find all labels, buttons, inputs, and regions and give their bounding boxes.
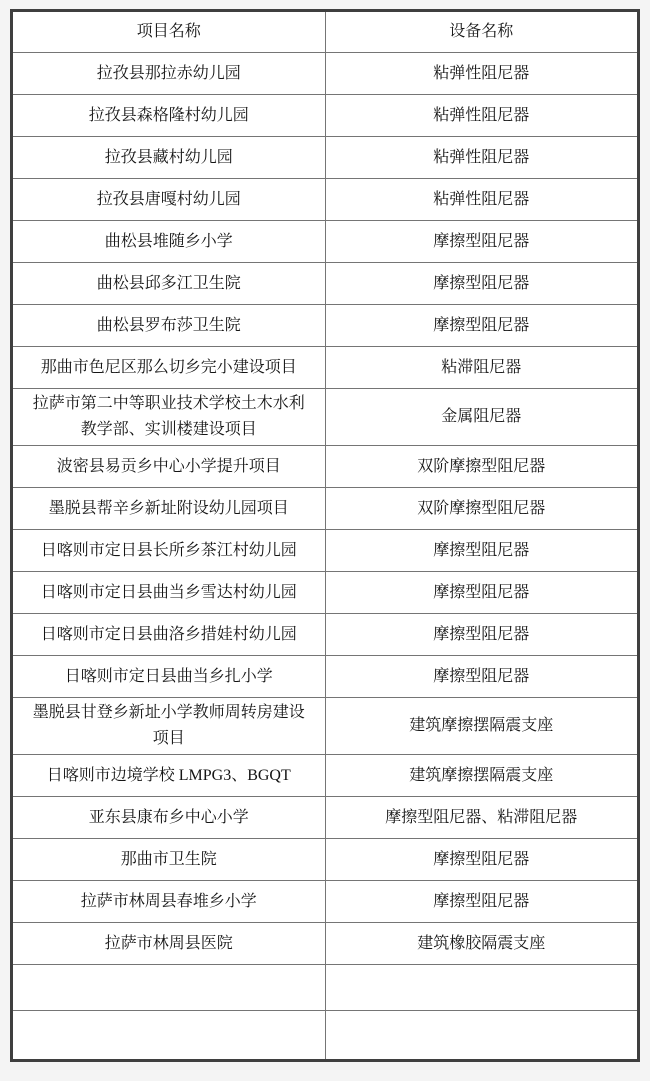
- device-name-cell: 摩擦型阻尼器: [325, 530, 639, 572]
- project-name-cell: 拉孜县森格隆村幼儿园: [12, 95, 326, 137]
- table-row: 曲松县堆随乡小学摩擦型阻尼器: [12, 221, 639, 263]
- device-name-cell: 摩擦型阻尼器: [325, 572, 639, 614]
- project-name-cell: 墨脱县甘登乡新址小学教师周转房建设项目: [12, 698, 326, 755]
- table-row: 墨脱县甘登乡新址小学教师周转房建设项目建筑摩擦摆隔震支座: [12, 698, 639, 755]
- device-name-cell: 粘滞阻尼器: [325, 347, 639, 389]
- project-name-cell: 拉孜县藏村幼儿园: [12, 137, 326, 179]
- device-name-cell: 粘弹性阻尼器: [325, 137, 639, 179]
- table-row: 墨脱县帮辛乡新址附设幼儿园项目双阶摩擦型阻尼器: [12, 488, 639, 530]
- device-name-cell: 摩擦型阻尼器: [325, 614, 639, 656]
- table-row: 拉萨市林周县医院建筑橡胶隔震支座: [12, 923, 639, 965]
- device-name-cell: 金属阻尼器: [325, 389, 639, 446]
- project-name-cell: 日喀则市边境学校 LMPG3、BGQT: [12, 755, 326, 797]
- table-row: 日喀则市定日县长所乡茶江村幼儿园摩擦型阻尼器: [12, 530, 639, 572]
- project-name-cell: 拉孜县那拉赤幼儿园: [12, 53, 326, 95]
- device-name-cell: 双阶摩擦型阻尼器: [325, 446, 639, 488]
- table-row: [12, 965, 639, 1011]
- table-row: 日喀则市定日县曲洛乡措娃村幼儿园摩擦型阻尼器: [12, 614, 639, 656]
- table-body: 拉孜县那拉赤幼儿园粘弹性阻尼器拉孜县森格隆村幼儿园粘弹性阻尼器拉孜县藏村幼儿园粘…: [12, 53, 639, 1061]
- device-name-cell: 建筑橡胶隔震支座: [325, 923, 639, 965]
- project-name-cell: 曲松县邱多江卫生院: [12, 263, 326, 305]
- project-name-cell: 拉萨市林周县春堆乡小学: [12, 881, 326, 923]
- table-row: 拉孜县森格隆村幼儿园粘弹性阻尼器: [12, 95, 639, 137]
- device-name-cell: 双阶摩擦型阻尼器: [325, 488, 639, 530]
- project-name-cell: 日喀则市定日县曲洛乡措娃村幼儿园: [12, 614, 326, 656]
- table-row: 那曲市卫生院摩擦型阻尼器: [12, 839, 639, 881]
- device-name-cell: 粘弹性阻尼器: [325, 95, 639, 137]
- project-name-cell: 曲松县罗布莎卫生院: [12, 305, 326, 347]
- device-name-cell: 摩擦型阻尼器、粘滞阻尼器: [325, 797, 639, 839]
- project-name-cell: 拉萨市林周县医院: [12, 923, 326, 965]
- device-name-cell: 摩擦型阻尼器: [325, 881, 639, 923]
- table-row: 波密县易贡乡中心小学提升项目双阶摩擦型阻尼器: [12, 446, 639, 488]
- device-name-cell: 摩擦型阻尼器: [325, 263, 639, 305]
- project-name-cell: 亚东县康布乡中心小学: [12, 797, 326, 839]
- project-name-cell: 那曲市卫生院: [12, 839, 326, 881]
- device-name-cell: 建筑摩擦摆隔震支座: [325, 755, 639, 797]
- project-equipment-table: 项目名称 设备名称 拉孜县那拉赤幼儿园粘弹性阻尼器拉孜县森格隆村幼儿园粘弹性阻尼…: [10, 9, 640, 1062]
- table-row: 日喀则市边境学校 LMPG3、BGQT建筑摩擦摆隔震支座: [12, 755, 639, 797]
- table-row: 日喀则市定日县曲当乡扎小学摩擦型阻尼器: [12, 656, 639, 698]
- project-name-cell: 拉孜县唐嘎村幼儿园: [12, 179, 326, 221]
- table-row: [12, 1011, 639, 1061]
- project-name-cell: 日喀则市定日县曲当乡雪达村幼儿园: [12, 572, 326, 614]
- table-row: 亚东县康布乡中心小学摩擦型阻尼器、粘滞阻尼器: [12, 797, 639, 839]
- table-row: 拉孜县唐嘎村幼儿园粘弹性阻尼器: [12, 179, 639, 221]
- device-name-cell: 摩擦型阻尼器: [325, 656, 639, 698]
- project-name-cell: [12, 1011, 326, 1061]
- column-header-device-name: 设备名称: [325, 11, 639, 53]
- project-name-cell: 日喀则市定日县曲当乡扎小学: [12, 656, 326, 698]
- device-name-cell: 建筑摩擦摆隔震支座: [325, 698, 639, 755]
- table-row: 曲松县罗布莎卫生院摩擦型阻尼器: [12, 305, 639, 347]
- column-header-project-name: 项目名称: [12, 11, 326, 53]
- device-name-cell: 摩擦型阻尼器: [325, 305, 639, 347]
- table-row: 拉萨市林周县春堆乡小学摩擦型阻尼器: [12, 881, 639, 923]
- table-row: 拉孜县藏村幼儿园粘弹性阻尼器: [12, 137, 639, 179]
- table-row: 拉萨市第二中等职业技术学校土木水利教学部、实训楼建设项目金属阻尼器: [12, 389, 639, 446]
- document-page: 项目名称 设备名称 拉孜县那拉赤幼儿园粘弹性阻尼器拉孜县森格隆村幼儿园粘弹性阻尼…: [10, 9, 640, 1062]
- device-name-cell: 摩擦型阻尼器: [325, 839, 639, 881]
- project-name-cell: 曲松县堆随乡小学: [12, 221, 326, 263]
- device-name-cell: 粘弹性阻尼器: [325, 53, 639, 95]
- project-name-cell: 日喀则市定日县长所乡茶江村幼儿园: [12, 530, 326, 572]
- table-row: 曲松县邱多江卫生院摩擦型阻尼器: [12, 263, 639, 305]
- device-name-cell: 摩擦型阻尼器: [325, 221, 639, 263]
- device-name-cell: [325, 965, 639, 1011]
- table-row: 那曲市色尼区那么切乡完小建设项目粘滞阻尼器: [12, 347, 639, 389]
- project-name-cell: 拉萨市第二中等职业技术学校土木水利教学部、实训楼建设项目: [12, 389, 326, 446]
- project-name-cell: 那曲市色尼区那么切乡完小建设项目: [12, 347, 326, 389]
- device-name-cell: [325, 1011, 639, 1061]
- table-row: 拉孜县那拉赤幼儿园粘弹性阻尼器: [12, 53, 639, 95]
- table-row: 日喀则市定日县曲当乡雪达村幼儿园摩擦型阻尼器: [12, 572, 639, 614]
- table-header-row: 项目名称 设备名称: [12, 11, 639, 53]
- device-name-cell: 粘弹性阻尼器: [325, 179, 639, 221]
- project-name-cell: 波密县易贡乡中心小学提升项目: [12, 446, 326, 488]
- project-name-cell: [12, 965, 326, 1011]
- project-name-cell: 墨脱县帮辛乡新址附设幼儿园项目: [12, 488, 326, 530]
